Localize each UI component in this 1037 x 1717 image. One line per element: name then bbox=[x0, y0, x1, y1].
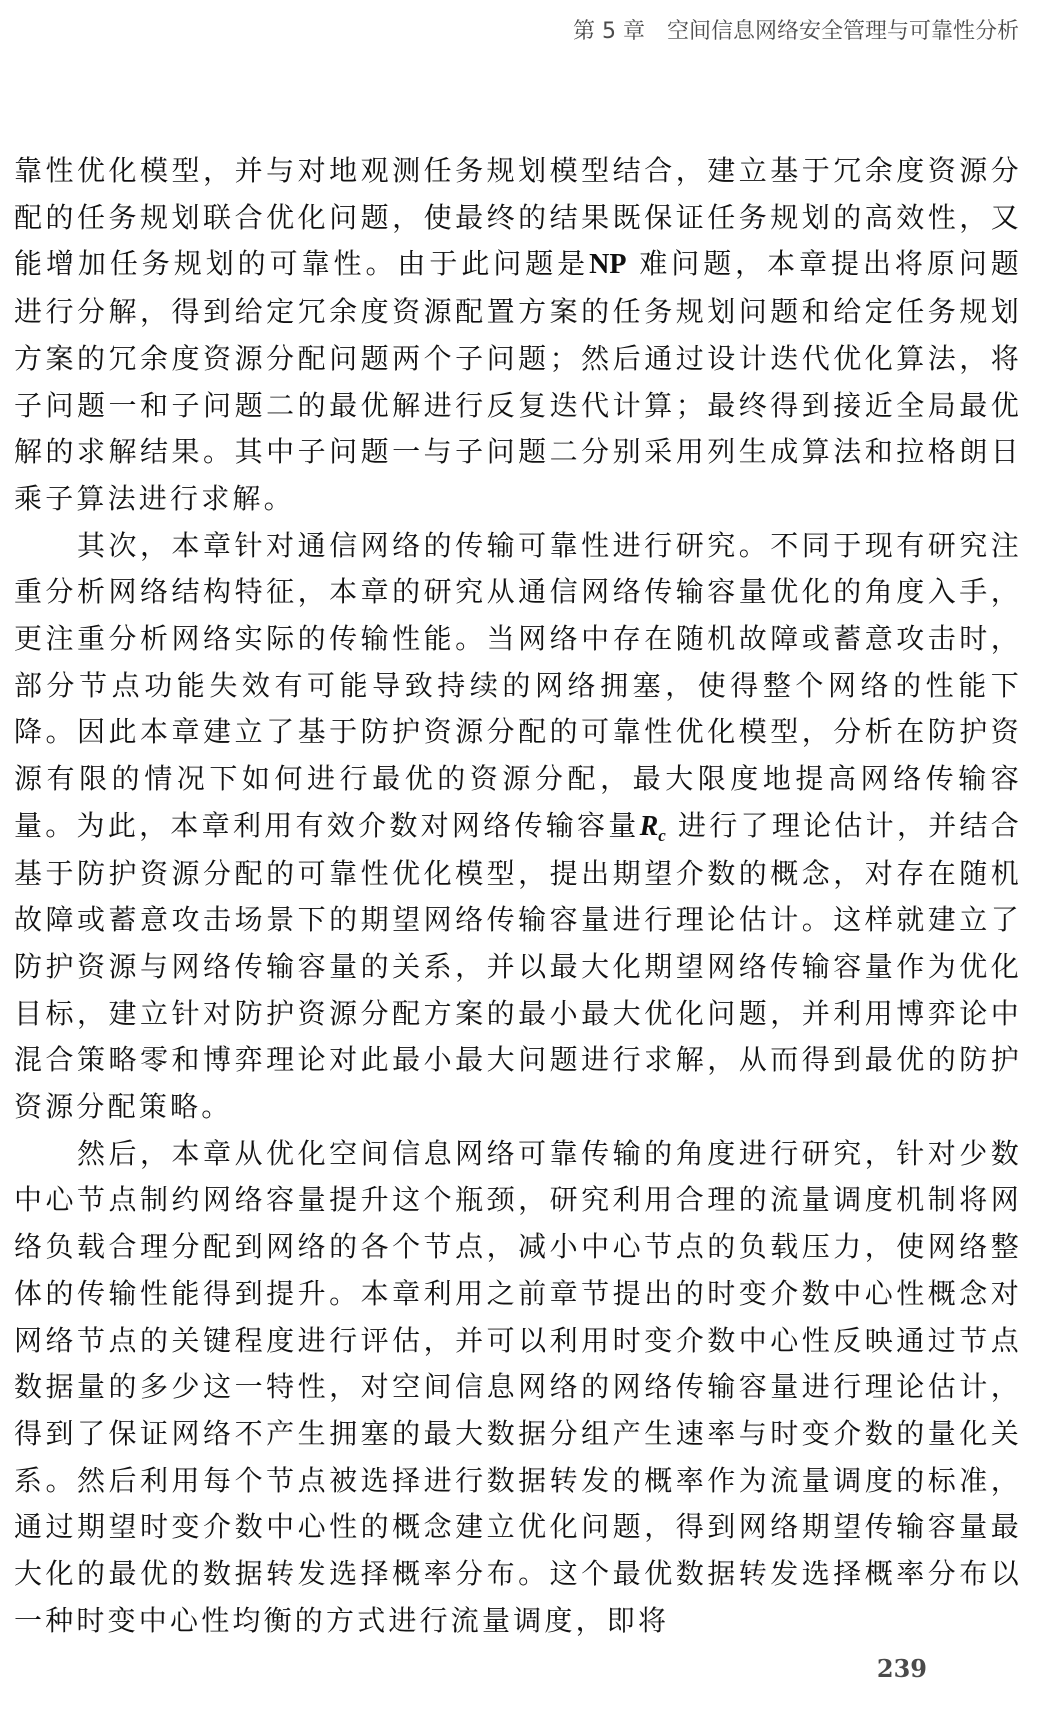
chapter-title: 空间信息网络安全管理与可靠性分析 bbox=[667, 19, 1019, 44]
paragraph-1: 靠性优化模型，并与对地观测任务规划模型结合，建立基于冗余度资源分配的任务规划联合… bbox=[14, 148, 1022, 523]
paragraph-2: 其次，本章针对通信网络的传输可靠性进行研究。不同于现有研究注重分析网络结构特征，… bbox=[14, 523, 1022, 1131]
chapter-number: 第 5 章 bbox=[573, 19, 645, 44]
paragraph-1-text-b: 难问题，本章提出将原问题进行分解，得到给定冗余度资源配置方案的任务规划问题和给定… bbox=[14, 247, 1022, 515]
paragraph-2-text-a: 其次，本章针对通信网络的传输可靠性进行研究。不同于现有研究注重分析网络结构特征，… bbox=[14, 529, 1022, 842]
math-variable-rc: Rc bbox=[640, 811, 666, 842]
body-text: 靠性优化模型，并与对地观测任务规划模型结合，建立基于冗余度资源分配的任务规划联合… bbox=[14, 148, 1022, 1645]
np-term: NP bbox=[589, 249, 626, 280]
paragraph-3: 然后，本章从优化空间信息网络可靠传输的角度进行研究，针对少数中心节点制约网络容量… bbox=[14, 1131, 1022, 1645]
paragraph-3-text: 然后，本章从优化空间信息网络可靠传输的角度进行研究，针对少数中心节点制约网络容量… bbox=[14, 1137, 1022, 1637]
page-number: 239 bbox=[877, 1654, 927, 1683]
paragraph-2-text-b: 进行了理论估计，并结合基于防护资源分配的可靠性优化模型，提出期望介数的概念，对存… bbox=[14, 809, 1022, 1123]
math-variable-base: R bbox=[640, 811, 659, 842]
running-header: 第 5 章空间信息网络安全管理与可靠性分析 bbox=[573, 14, 1019, 45]
math-variable-subscript: c bbox=[658, 826, 666, 845]
